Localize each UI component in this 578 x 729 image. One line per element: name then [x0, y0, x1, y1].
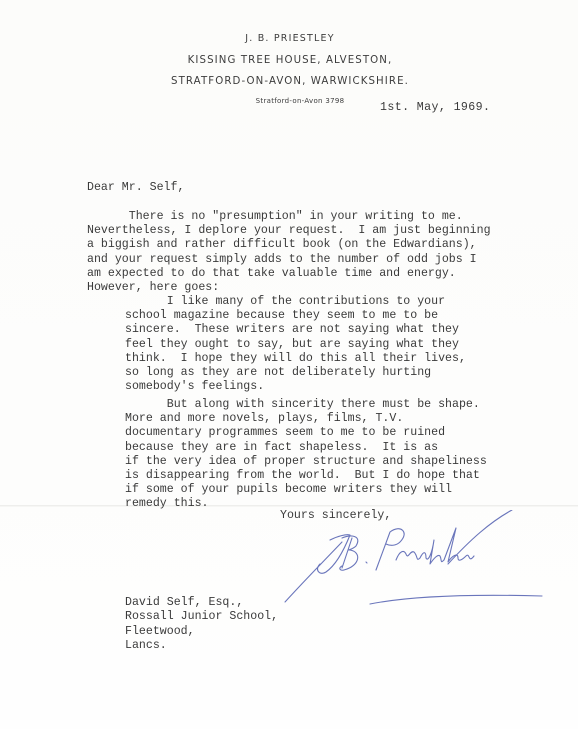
letterhead-address-line1: KISSING TREE HOUSE, ALVESTON,	[170, 50, 410, 71]
body-paragraph-1: There is no "presumption" in your writin…	[87, 210, 491, 295]
quoted-paragraph-1: I like many of the contributions to your…	[125, 295, 466, 394]
quoted-paragraph-2: But along with sincerity there must be s…	[125, 398, 487, 512]
recipient-address: David Self, Esq., Rossall Junior School,…	[125, 596, 278, 653]
handwritten-signature	[280, 510, 550, 610]
letterhead-telephone: Stratford-on-Avon 3798	[190, 92, 410, 110]
salutation: Dear Mr. Self,	[87, 181, 184, 194]
letter-date: 1st. May, 1969.	[380, 101, 490, 114]
letterhead-address-line2: STRATFORD-ON-AVON, WARWICKSHIRE.	[170, 71, 410, 92]
letterhead-name: J. B. PRIESTLEY	[170, 28, 410, 50]
letterhead: J. B. PRIESTLEY KISSING TREE HOUSE, ALVE…	[170, 28, 410, 110]
